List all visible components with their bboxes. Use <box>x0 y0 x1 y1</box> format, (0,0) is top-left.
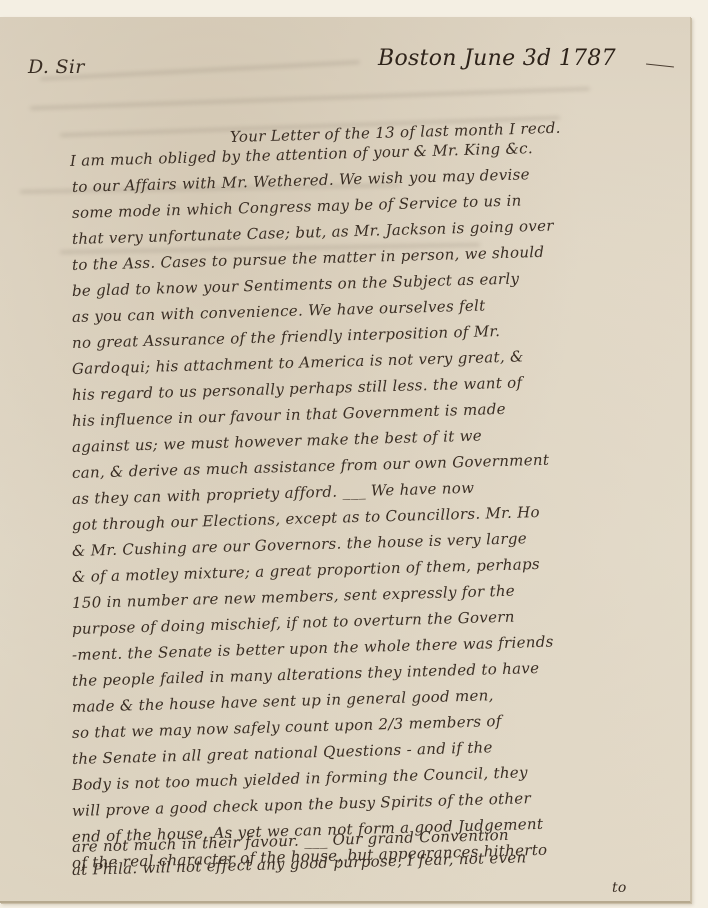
letter-line: be glad to know your Sentiments on the S… <box>72 270 520 300</box>
catchword: to <box>612 880 627 896</box>
letter-line: the Senate in all great national Questio… <box>72 738 493 768</box>
letter-line: Body is not too much yielded in forming … <box>72 763 528 794</box>
letter-line: & Mr. Cushing are our Governors. the hou… <box>72 529 527 560</box>
letter-line: got through our Elections, except as to … <box>72 503 540 534</box>
salutation: D. Sir <box>28 56 85 78</box>
letter-line: purpose of doing mischief, if not to ove… <box>72 608 515 638</box>
letter-line: no great Assurance of the friendly inter… <box>72 322 501 352</box>
letter-line: his regard to us personally perhaps stil… <box>72 373 523 404</box>
letter-line: -ment. the Senate is better upon the who… <box>72 633 554 664</box>
letter-line: to our Affairs with Mr. Wethered. We wis… <box>72 165 530 196</box>
scan-background: D. Sir Boston June 3d 1787 Your Letter o… <box>0 0 708 908</box>
dateline-flourish <box>646 64 674 68</box>
letter-line: can, & derive as much assistance from ou… <box>72 451 550 482</box>
letter-line: against us; we must however make the bes… <box>72 427 482 456</box>
letter-line: & of a motley mixture; a great proportio… <box>72 555 540 586</box>
letter-line: that very unfortunate Case; but, as Mr. … <box>72 217 554 248</box>
letter-line: to the Ass. Cases to pursue the matter i… <box>72 243 545 274</box>
letter-line: Gardoqui; his attachment to America is n… <box>72 347 524 378</box>
letter-line: 150 in number are new members, sent expr… <box>72 582 515 612</box>
letter-page: D. Sir Boston June 3d 1787 Your Letter o… <box>0 17 691 903</box>
letter-line: his influence in our favour in that Gove… <box>72 400 506 430</box>
dateline: Boston June 3d 1787 <box>378 46 616 71</box>
letter-line: will prove a good check upon the busy Sp… <box>72 789 531 820</box>
letter-line: the people failed in many alterations th… <box>72 659 540 690</box>
letter-line: so that we may now safely count upon 2/3… <box>72 712 502 742</box>
letter-line: some mode in which Congress may be of Se… <box>72 191 522 222</box>
letter-line: as they can with propriety afford. ___ W… <box>72 479 475 508</box>
letter-line: as you can with convenience. We have our… <box>72 296 486 326</box>
letter-line: made & the house have sent up in general… <box>72 686 494 716</box>
